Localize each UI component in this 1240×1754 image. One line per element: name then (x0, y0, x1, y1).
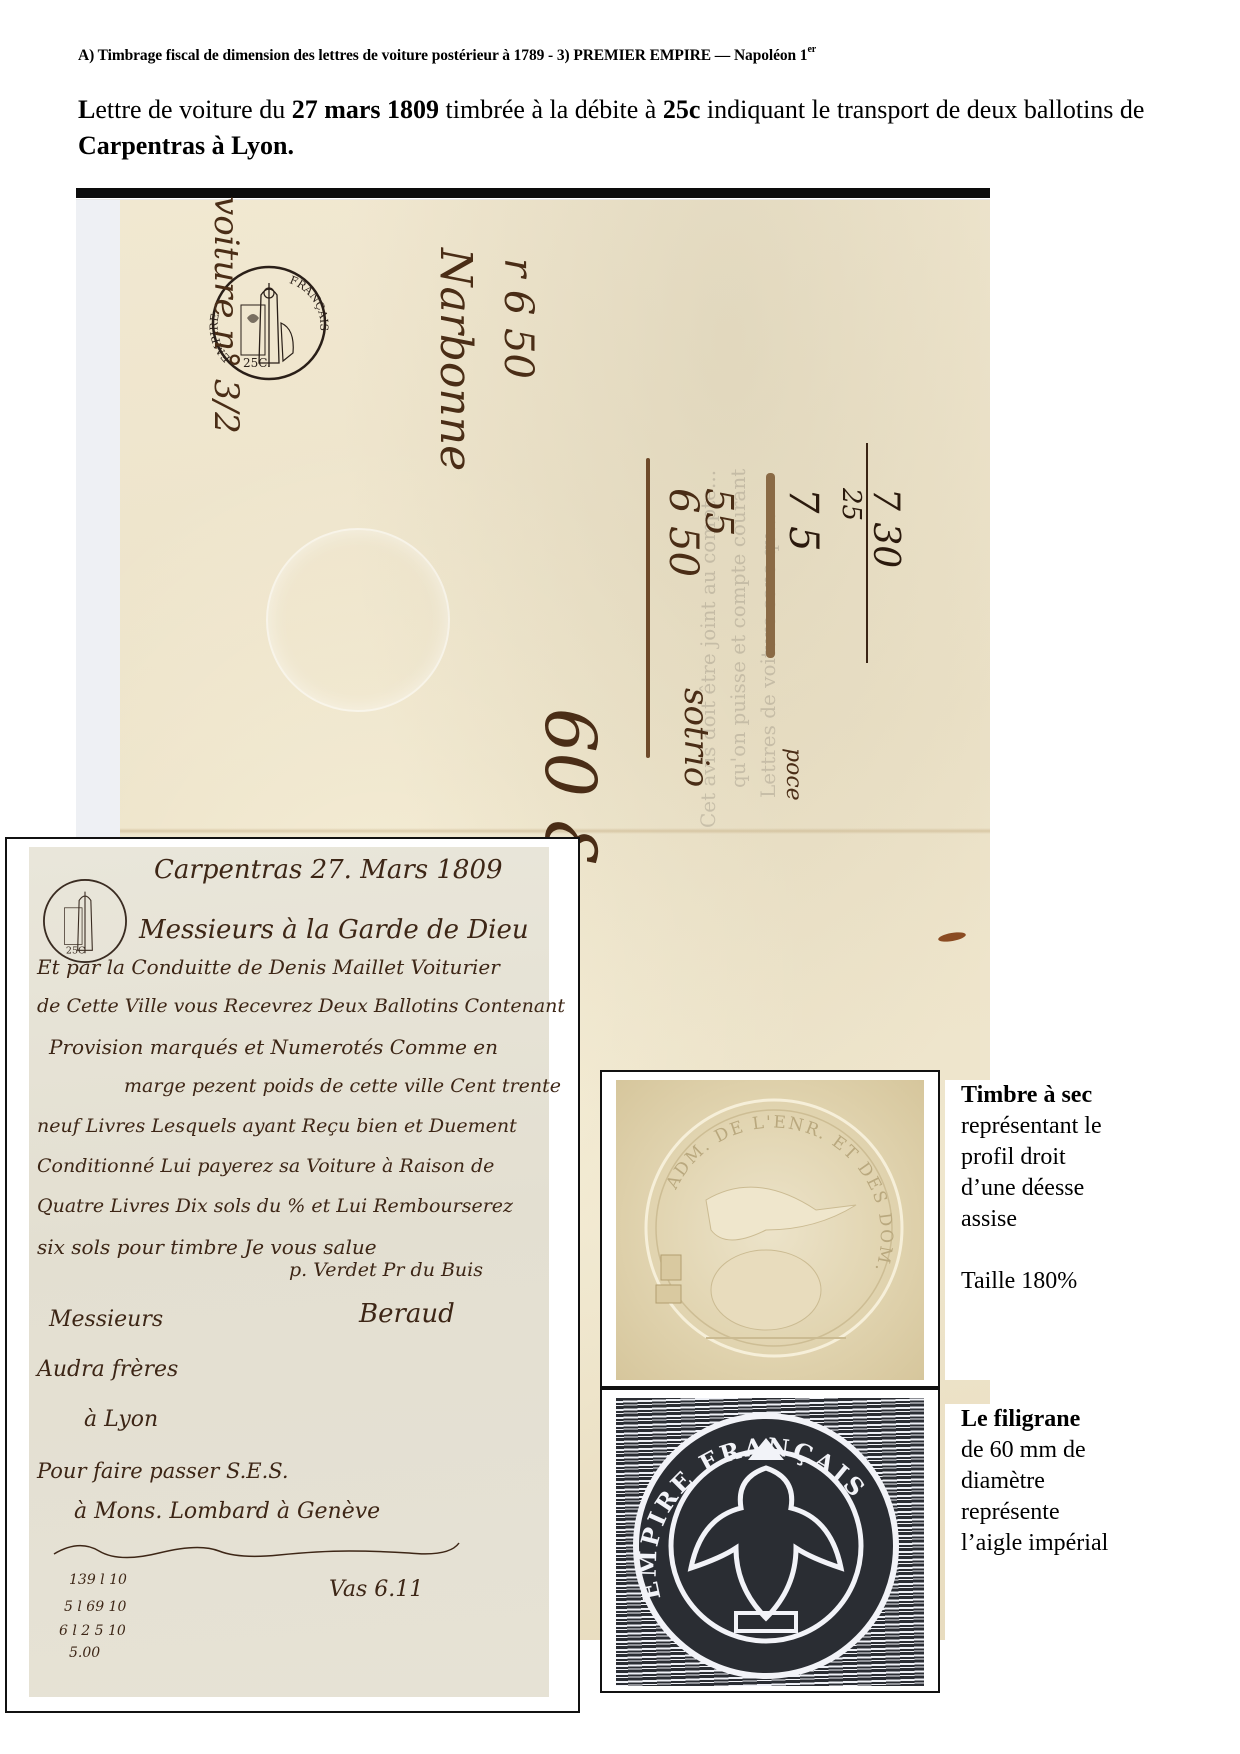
page-header: A) Timbrage fiscal de dimension des lett… (78, 44, 816, 65)
intro-value: 25c (663, 95, 701, 124)
letter-line: Messieurs (49, 1307, 163, 1332)
letter-figure: 139 l 10 (69, 1572, 127, 1588)
handwritten-destination: Narbonne (430, 248, 481, 471)
intro-text: indiquant le transport de deux ballotins… (700, 95, 1144, 124)
imperial-eagle-watermark-icon: EMPIRE FRANÇAIS (616, 1398, 924, 1686)
handwritten-rule-thick (766, 473, 775, 658)
dry-seal-image: ADM. DE L'ENR. ET DES DOM. (616, 1080, 924, 1380)
caption-line: représente (961, 1497, 1240, 1528)
intro-route: Carpentras à Lyon. (78, 131, 294, 160)
caption-title: Timbre à sec (961, 1080, 1240, 1111)
caption-line: assise (961, 1204, 1240, 1235)
handwritten-amount: r 6 50 (495, 258, 541, 379)
letter-line: Conditionné Lui payerez sa Voiture à Rai… (37, 1155, 494, 1177)
letter-line: Vas 6.11 (329, 1577, 423, 1602)
intro-paragraph: Lettre de voiture du 27 mars 1809 timbré… (78, 92, 1168, 164)
letter-line: Pour faire passer S.E.S. (37, 1459, 289, 1483)
letter-line: Messieurs à la Garde de Dieu (139, 915, 529, 945)
intro-text: ettre de voiture du (95, 95, 291, 124)
letter-line: Provision marqués et Numerotés Comme en (49, 1035, 498, 1059)
caption-line: représentant le (961, 1111, 1240, 1142)
watermark-frame: EMPIRE FRANÇAIS (600, 1388, 940, 1693)
letter-line: marge pezent poids de cette ville Cent t… (124, 1075, 561, 1097)
watermark-image: EMPIRE FRANÇAIS (616, 1398, 924, 1686)
letter-line: Audra frères (37, 1357, 178, 1382)
caption-line: profil droit (961, 1142, 1240, 1173)
caption-line: d’une déesse (961, 1173, 1240, 1204)
caption-spacer (961, 1235, 1240, 1266)
letter-figure: 5.00 (69, 1645, 100, 1661)
watermark-caption: Le filigrane de 60 mm de diamètre représ… (945, 1404, 1240, 1644)
letter-line: six sols pour timbre Je vous salue (37, 1235, 377, 1259)
handwritten-column-2a: 7 5 (780, 488, 826, 552)
caption-line: diamètre (961, 1466, 1240, 1497)
inset-letter-paper: 25C Carpentras 27. Mars 1809 Messieurs à… (29, 847, 549, 1697)
letter-line: de Cette Ville vous Recevrez Deux Ballot… (37, 995, 565, 1017)
fiscal-stamp-small-icon: 25C (41, 877, 129, 965)
letter-line: Quatre Livres Dix sols du % et Lui Rembo… (37, 1195, 513, 1217)
intro-date: 27 mars 1809 (292, 95, 439, 124)
handwritten-column-2c: 7 30 (865, 488, 906, 568)
intro-text: timbrée à la débite à (439, 95, 663, 124)
caption-line: de 60 mm de (961, 1435, 1240, 1466)
letter-signature: Beraud (359, 1299, 455, 1329)
handwritten-column-2b: 25 (836, 488, 866, 521)
dry-seal-caption: Timbre à sec représentant le profil droi… (945, 1080, 1240, 1380)
letter-line: Et par la Conduitte de Denis Maillet Voi… (37, 955, 500, 979)
handwritten-rule (646, 458, 650, 758)
dry-seal-frame: ADM. DE L'ENR. ET DES DOM. (600, 1070, 940, 1388)
intro-dropcap: L (78, 95, 95, 124)
caption-title: Le filigrane (961, 1404, 1240, 1435)
letter-line: neuf Livres Lesquels ayant Reçu bien et … (37, 1115, 517, 1137)
embossed-seal-icon: ADM. DE L'ENR. ET DES DOM. (616, 1080, 924, 1380)
handwritten-margin-note: voiture n° 3/2 (206, 196, 246, 434)
handwritten-note: sotrio (676, 688, 716, 787)
handwritten-note: poce (781, 748, 806, 801)
handwritten-column-1b: 55 (697, 488, 741, 536)
letter-figure: 5 l 69 10 (64, 1599, 126, 1615)
letter-line: à Lyon (84, 1407, 158, 1432)
embossed-seal-ghost (266, 528, 450, 712)
header-superscript: er (807, 44, 816, 55)
letter-line: à Mons. Lombard à Genève (74, 1499, 380, 1524)
svg-text:25C.: 25C. (243, 356, 271, 370)
header-text: A) Timbrage fiscal de dimension des lett… (78, 47, 807, 64)
inset-letter-frame: 25C Carpentras 27. Mars 1809 Messieurs à… (5, 837, 580, 1713)
letter-figure: 6 l 2 5 10 (59, 1623, 126, 1639)
flourish-line (49, 1539, 469, 1569)
caption-size: Taille 180% (961, 1266, 1240, 1297)
letter-line: Carpentras 27. Mars 1809 (154, 855, 503, 885)
letter-line: p. Verdet Pr du Buis (289, 1259, 483, 1281)
caption-line: l’aigle impérial (961, 1528, 1240, 1559)
